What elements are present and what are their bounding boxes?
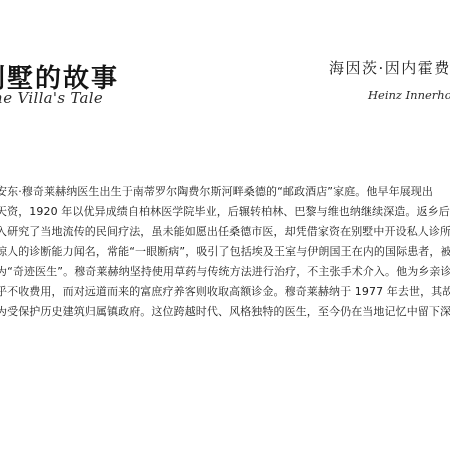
article-paragraph: 安东·穆奇莱赫纳医生出生于南蒂罗尔陶费尔斯河畔桑德的“邮政酒店”家庭。他早年展现…: [0, 182, 450, 322]
author-name-romanized: Heinz Innerhofer: [368, 88, 450, 103]
paragraph-line: 为受保护历史建筑归属镇政府。这位跨越时代、风格独特的医生，至今仍在当地记忆中留下…: [0, 302, 450, 322]
paragraph-line: 安东·穆奇莱赫纳医生出生于南蒂罗尔陶费尔斯河畔桑德的“邮政酒店”家庭。他早年展现…: [0, 182, 450, 202]
document-page: 别墅的故事 The Villa's Tale 海因茨·因内霍费尔 Heinz I…: [0, 0, 450, 450]
paragraph-line: 为“奇迹医生”。穆奇莱赫纳坚持使用草药与传统方法进行治疗，不主张手术介入。他为乡…: [0, 262, 450, 282]
paragraph-line: 惊人的诊断能力闻名，常能“一眼断病”，吸引了包括埃及王室与伊朗国王在内的国际患者…: [0, 242, 450, 262]
author-name-chinese: 海因茨·因内霍费尔: [329, 58, 450, 78]
paragraph-line: 入研究了当地流传的民间疗法，虽未能如愿出任桑德市医，却凭借家资在别墅中开设私人诊…: [0, 222, 450, 242]
paragraph-line: 乎不收费用，而对远道而来的富庶疗养客则收取高额诊金。穆奇莱赫纳于 1977 年去…: [0, 282, 450, 302]
page-subtitle-english: The Villa's Tale: [0, 88, 103, 108]
paragraph-line: 天资，1920 年以优异成绩自柏林医学院毕业，后辗转柏林、巴黎与维也纳继续深造。…: [0, 202, 450, 222]
